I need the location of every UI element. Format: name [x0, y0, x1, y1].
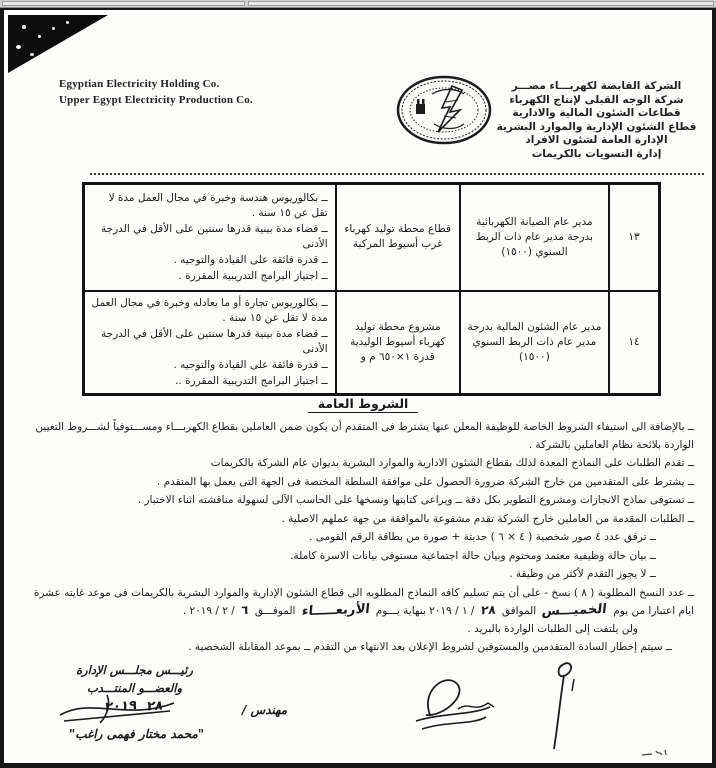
company-name-en: Egyptian Electricity Holding Co.: [59, 76, 253, 92]
corner-fold-artifact: [8, 15, 108, 73]
vacancy-qualifications: ــ بكالوريوس تجارة أو ما يعادله وخبرة في…: [84, 291, 336, 395]
signature-scribble-icon: [52, 693, 182, 725]
subsidiary-name-en: Upper Egypt Electricity Production Co.: [59, 92, 253, 108]
engineer-label: مهندس /: [242, 703, 287, 717]
margin-scribble-icon: [640, 747, 670, 759]
signature-area: رئيـــس مجلـــس الإدارة والعضـــو المنتـ…: [4, 655, 712, 765]
handwritten-day: الأربعـــــاء: [298, 601, 374, 621]
table-row: ١٤ مدير عام الشئون المالية بدرجة مدير عا…: [84, 291, 660, 395]
letterhead-ar-line: قطاعات الشئون المالية والادارية: [489, 107, 704, 121]
qualification-line: ــ بكالوريوس هندسة وخبرة في مجال العمل م…: [90, 191, 330, 221]
qualification-line: ــ اجتياز البرامج التدريبية المقررة ..: [90, 374, 330, 389]
qualification-line: ــ قدرة فائقة على القيادة والتوجيه .: [90, 253, 330, 268]
condition-item: ــ الطلبات المقدمة من العاملين خارج الشر…: [32, 511, 694, 529]
condition-item: ــ بالإضافة الى استيفاء الشروط الخاصة لل…: [32, 419, 694, 454]
condition-item: ــ بيان حالة وظيفية معتمد ومختوم وبيان ح…: [32, 548, 694, 566]
qualification-line: ــ قدرة فائقة على القيادة والتوجيه .: [90, 358, 330, 373]
authority-title: رئيـــس مجلـــس الإدارة والعضـــو المنتـ…: [32, 661, 237, 697]
signature-icon: [530, 657, 592, 755]
signatory-name: "محمد مختار فهمى راغب": [34, 727, 239, 741]
qualification-line: ــ اجتياز البرامج التدريبية المقررة .: [90, 269, 330, 284]
vacancy-number: ١٤: [609, 291, 659, 395]
condition-item: ــ لا يجوز التقدم لأكثر من وظيفة .: [32, 566, 694, 584]
deadline-text: الموافق: [502, 605, 536, 617]
title-strip-segment: [2, 1, 245, 6]
deadline-text: / ٢ / ٢٠١٩ .: [183, 605, 235, 617]
letterhead-ar-line: قطاع الشئون الإدارية والموارد البشرية: [489, 121, 704, 135]
handwritten-date: ٦: [237, 602, 252, 620]
deadline-text: / ١ / ٢٠١٩ بنهاية يـــوم: [376, 605, 475, 617]
qualification-line: ــ بكالوريوس تجارة أو ما يعادله وخبرة في…: [90, 296, 330, 326]
vacancy-department: قطاع محطة توليد كهرباء غرب أسيوط المركبة: [336, 184, 460, 291]
handwritten-date: ٢٨: [477, 602, 500, 620]
vacancy-number: ١٣: [609, 184, 659, 291]
letterhead-ar-line: إدارة التسويات بالكريمات: [489, 148, 704, 162]
deadline-text: الموفـــق: [255, 605, 296, 617]
signature-icon: [412, 669, 520, 741]
condition-item-deadline: ــ عدد النسخ المطلوبة ( ٨ ) نسخ - على أن…: [32, 585, 694, 639]
letterhead-arabic: الشركة القابضة لكهربـــاء مصـــر شركة ال…: [489, 80, 704, 161]
general-conditions-title: الشروط العامة: [308, 396, 418, 413]
condition-item: ــ تقدم الطلبات على النماذج المعدة لذلك …: [32, 455, 694, 473]
vacancy-position: مدير عام الشئون المالية بدرجة مدير عام ذ…: [460, 291, 609, 395]
title-strip-segment: [248, 1, 714, 6]
letterhead-ar-line: الشركة القابضة لكهربـــاء مصـــر: [489, 80, 704, 94]
handwritten-day: الخميـــس: [538, 601, 611, 621]
vacancy-qualifications: ــ بكالوريوس هندسة وخبرة في مجال العمل م…: [84, 184, 336, 291]
table-row: ١٣ مدير عام الصيانة الكهربائية بدرجة مدي…: [84, 184, 660, 291]
authority-title-line: رئيـــس مجلـــس الإدارة: [32, 661, 237, 679]
qualification-line: ــ قضاء مدة بينية قدرها سنتين على الأقل …: [90, 327, 330, 357]
vacancy-position: مدير عام الصيانة الكهربائية بدرجة مدير ع…: [460, 184, 609, 291]
condition-item: ــ يشترط على المتقدمين من خارج الشركة ضر…: [32, 474, 694, 492]
letterhead-ar-line: الإدارة العامة لشئون الافراد: [489, 134, 704, 148]
letterhead-ar-line: شركة الوجه القبلى لإنتاج الكهرباء: [489, 94, 704, 108]
dotted-separator: [90, 173, 704, 175]
vacancy-department: مشروع محطة توليد كهرباء أسيوط الوليدية ق…: [336, 291, 460, 395]
vacancies-table: ١٣ مدير عام الصيانة الكهربائية بدرجة مدي…: [82, 182, 661, 396]
deadline-text: ولن يلتفت إلى الطلبات الواردة بالبريد .: [32, 621, 694, 639]
letterhead-english: Egyptian Electricity Holding Co. Upper E…: [59, 76, 253, 108]
condition-item: ــ ترفق عدد ٤ صور شخصية ( ٤ × ٦ ) حديثة …: [32, 529, 694, 547]
condition-item: ــ سيتم إخطار السادة المتقدمين والمستوفي…: [32, 639, 694, 657]
scanned-document-window: Egyptian Electricity Holding Co. Upper E…: [0, 0, 716, 768]
company-seal-icon: [394, 74, 494, 146]
qualification-line: ــ قضاء مدة بينية قدرها سنتين على الأقل …: [90, 222, 330, 252]
condition-item: ــ تستوفى نماذج الانجازات ومشروع التطوير…: [32, 492, 694, 510]
general-conditions-section: الشروط العامة ــ بالإضافة الى استيفاء ال…: [32, 396, 694, 658]
document-page: Egyptian Electricity Holding Co. Upper E…: [0, 8, 716, 768]
window-title-strip: [0, 0, 716, 8]
